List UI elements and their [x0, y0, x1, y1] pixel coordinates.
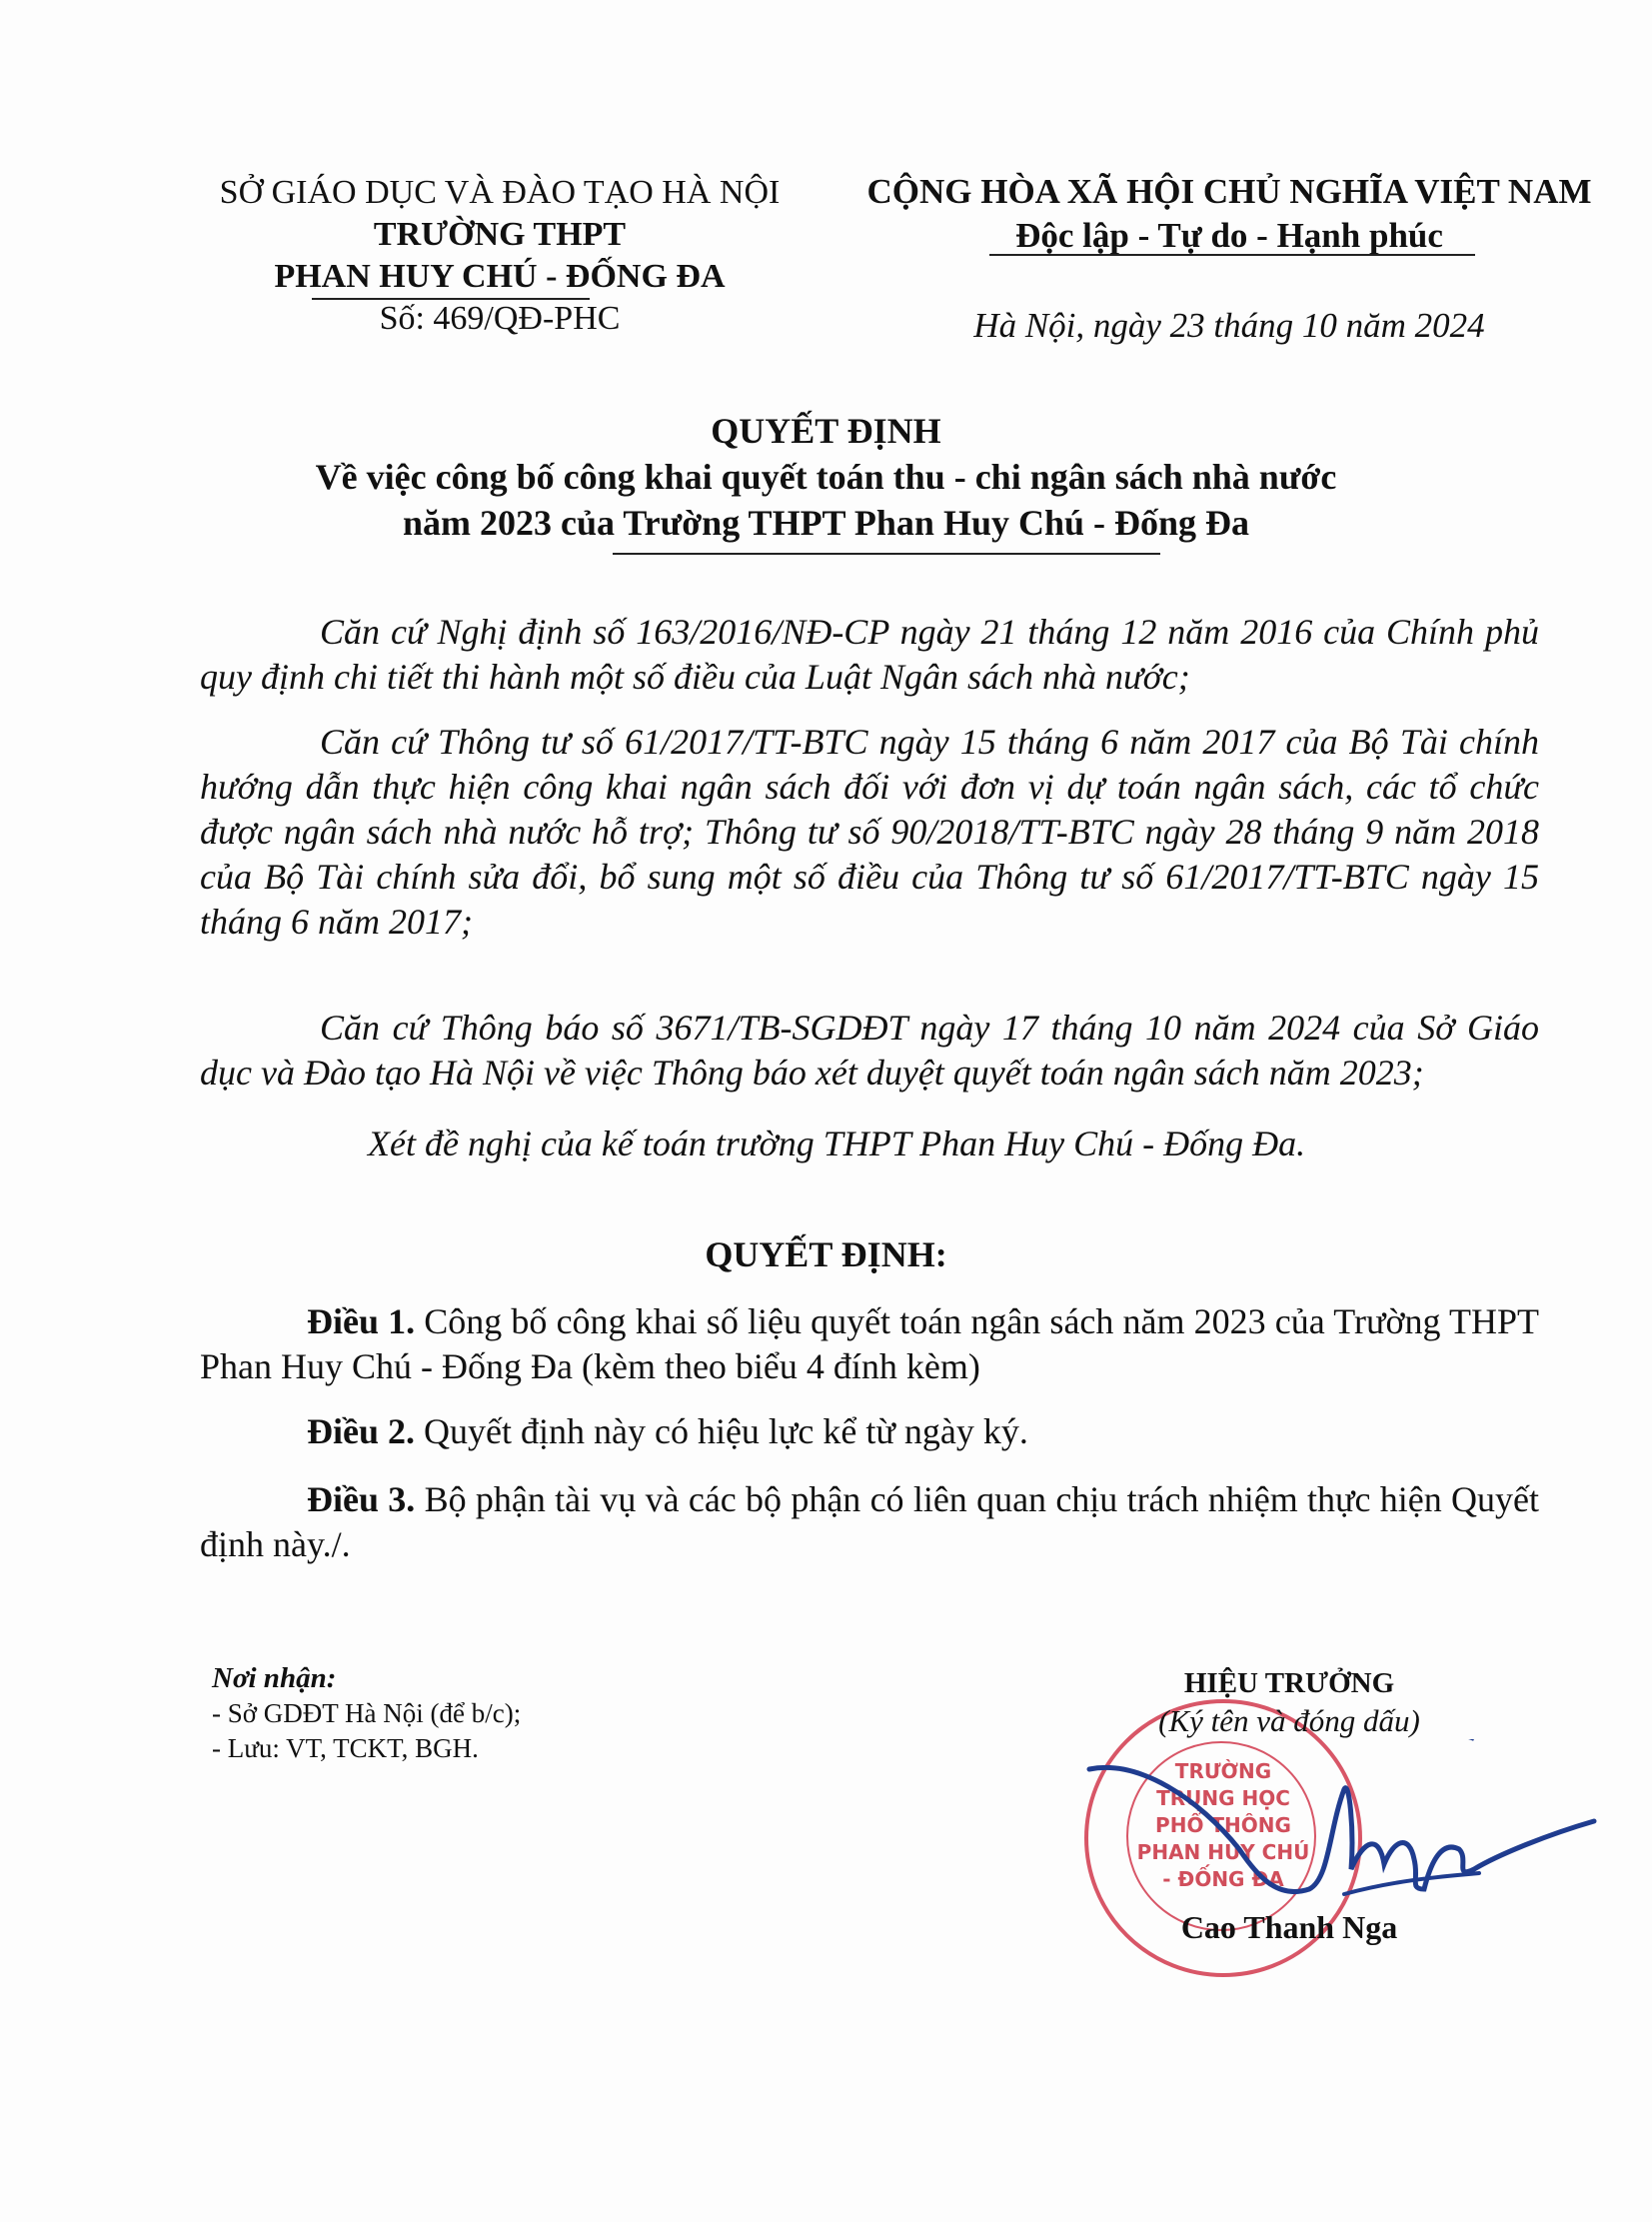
signer-name: Cao Thanh Nga — [1099, 1907, 1479, 1947]
title-heading: QUYẾT ĐỊNH — [150, 408, 1502, 454]
preamble-1: Căn cứ Nghị định số 163/2016/NĐ-CP ngày … — [200, 610, 1539, 700]
nation-title: CỘNG HÒA XÃ HỘI CHỦ NGHĨA VIỆT NAM — [829, 170, 1629, 214]
signature-block: HIỆU TRƯỞNG (Ký tên và đóng dấu) — [1099, 1664, 1479, 1740]
title-subject-line1: Về việc công bố công khai quyết toán thu… — [150, 454, 1502, 500]
header-left: SỞ GIÁO DỤC VÀ ĐÀO TẠO HÀ NỘI TRƯỜNG THP… — [180, 172, 820, 340]
recipients: Nơi nhận: - Sở GDĐT Hà Nội (để b/c); - L… — [212, 1661, 521, 1766]
header-right: CỘNG HÒA XÃ HỘI CHỦ NGHĨA VIỆT NAM Độc l… — [829, 170, 1629, 348]
preamble-4: Xét đề nghị của kế toán trường THPT Phan… — [200, 1121, 1539, 1166]
signature-note: (Ký tên và đóng dấu) — [1099, 1702, 1479, 1740]
document-title: QUYẾT ĐỊNH Về việc công bố công khai quy… — [150, 408, 1502, 546]
decision-heading: QUYẾT ĐỊNH: — [150, 1231, 1502, 1277]
signer-title: HIỆU TRƯỞNG — [1099, 1664, 1479, 1702]
document-number: Số: 469/QĐ-PHC — [180, 298, 820, 340]
school-name-underline — [312, 298, 590, 300]
school-name-line2: PHAN HUY CHÚ - ĐỐNG ĐA — [180, 256, 820, 298]
school-name-line1: TRƯỜNG THPT — [180, 214, 820, 256]
title-subject-line2: năm 2023 của Trường THPT Phan Huy Chú - … — [150, 500, 1502, 546]
preamble-3: Căn cứ Thông báo số 3671/TB-SGDĐT ngày 1… — [200, 1006, 1539, 1096]
recipient-item: - Sở GDĐT Hà Nội (để b/c); — [212, 1696, 521, 1731]
title-underline — [613, 553, 1160, 555]
place-date: Hà Nội, ngày 23 tháng 10 năm 2024 — [829, 304, 1629, 348]
recipients-label: Nơi nhận: — [212, 1661, 521, 1696]
department-name: SỞ GIÁO DỤC VÀ ĐÀO TẠO HÀ NỘI — [180, 172, 820, 214]
article-2: Điều 2. Quyết định này có hiệu lực kể từ… — [200, 1409, 1539, 1454]
motto: Độc lập - Tự do - Hạnh phúc — [829, 214, 1629, 258]
recipient-item: - Lưu: VT, TCKT, BGH. — [212, 1731, 521, 1766]
article-1: Điều 1. Công bố công khai số liệu quyết … — [200, 1299, 1539, 1389]
preamble-2: Căn cứ Thông tư số 61/2017/TT-BTC ngày 1… — [200, 720, 1539, 945]
motto-underline — [989, 254, 1475, 256]
article-3: Điều 3. Bộ phận tài vụ và các bộ phận có… — [200, 1477, 1539, 1567]
